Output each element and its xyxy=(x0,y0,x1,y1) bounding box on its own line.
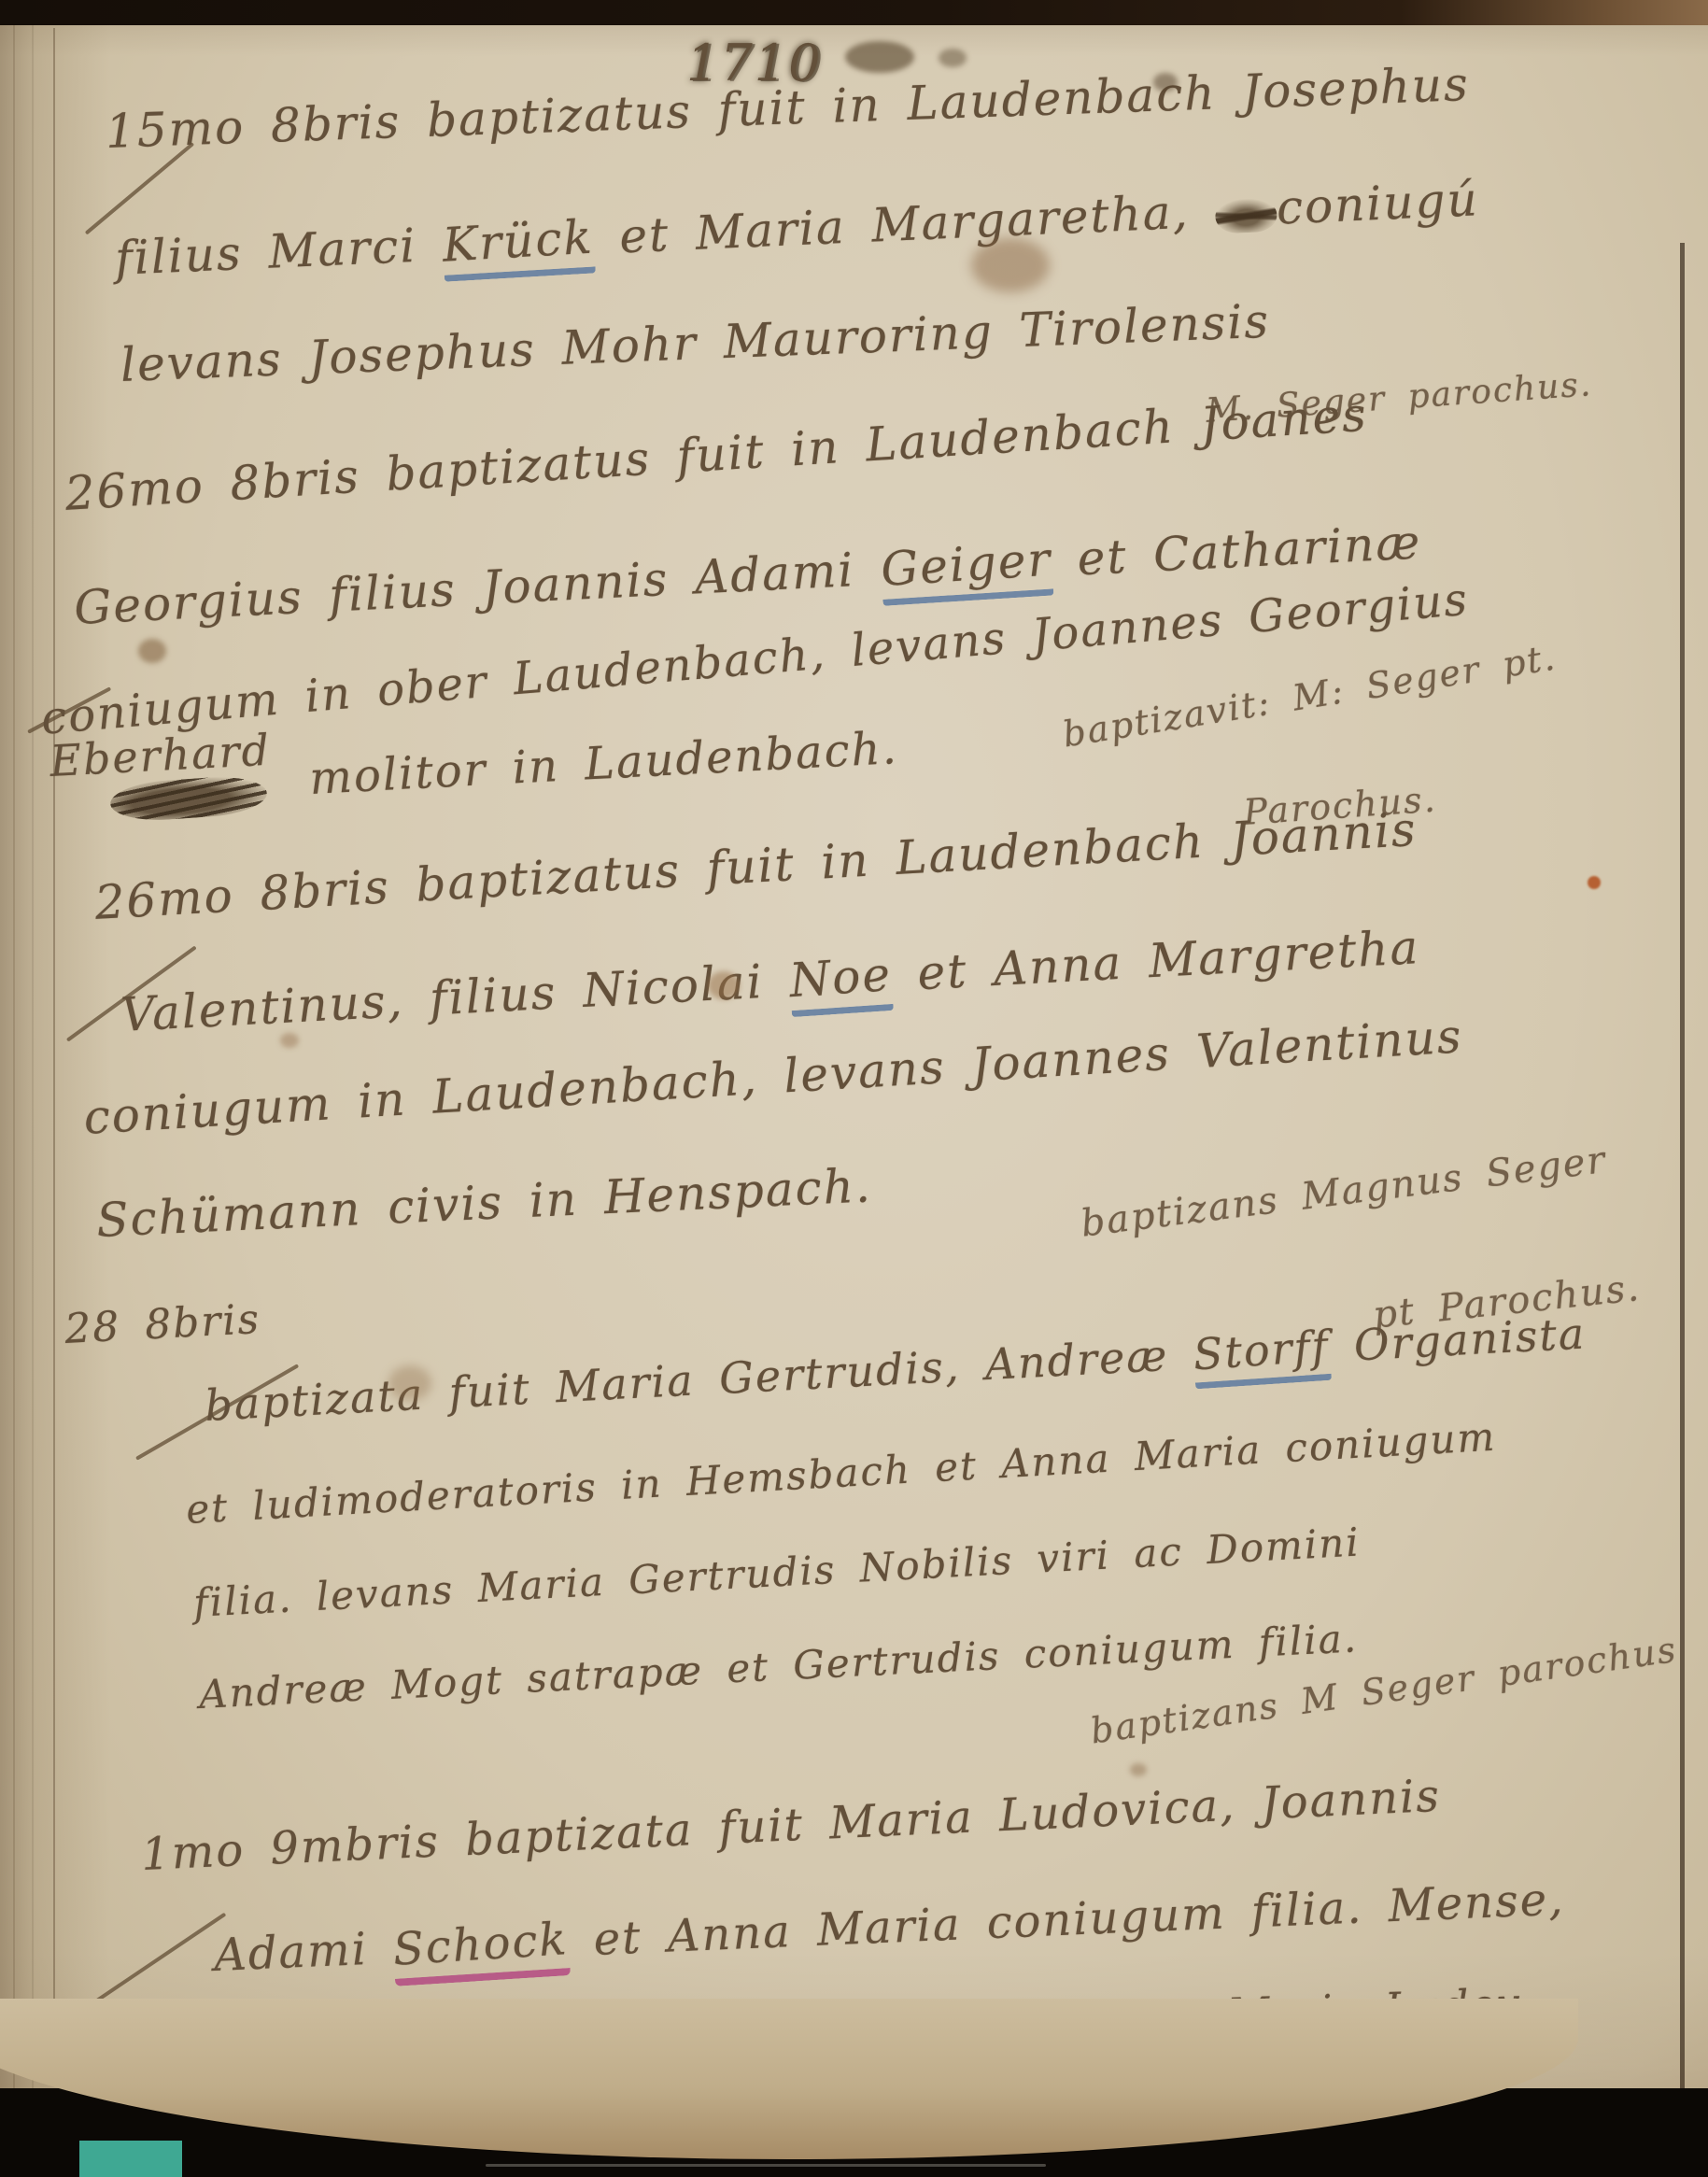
stain xyxy=(138,639,166,663)
register-page-scan: 1710 15mo 8bris baptizatus fuit in Laude… xyxy=(0,0,1708,2177)
record-text: Adami xyxy=(213,1922,394,1982)
ink-smudge xyxy=(845,41,914,73)
page-stack-edge xyxy=(32,25,34,2088)
underlined-surname-noe: Noe xyxy=(787,947,894,1017)
right-page-edge xyxy=(1680,243,1685,2101)
scanner-glare xyxy=(486,2164,1046,2167)
underlined-surname-schock: Schock xyxy=(391,1913,570,1986)
ink-scribble xyxy=(1215,198,1278,234)
record-text: coniugú xyxy=(1276,172,1480,234)
underlined-surname-storff: Storff xyxy=(1192,1321,1332,1390)
rust-dot xyxy=(1588,876,1601,889)
stain xyxy=(1153,73,1178,92)
stain xyxy=(971,238,1050,292)
ink-smudge xyxy=(939,49,967,67)
teal-bookmark xyxy=(79,2141,182,2177)
page-stack-edge xyxy=(13,25,15,2088)
underlined-surname-krueck: Krück xyxy=(441,210,595,282)
stain xyxy=(708,971,740,999)
gutter-crease xyxy=(53,28,55,2083)
stain xyxy=(1130,1763,1147,1776)
stain xyxy=(388,1365,431,1401)
underlined-surname-geiger: Geiger xyxy=(879,532,1053,606)
book-top-edge xyxy=(0,0,1708,25)
stain xyxy=(280,1033,299,1048)
